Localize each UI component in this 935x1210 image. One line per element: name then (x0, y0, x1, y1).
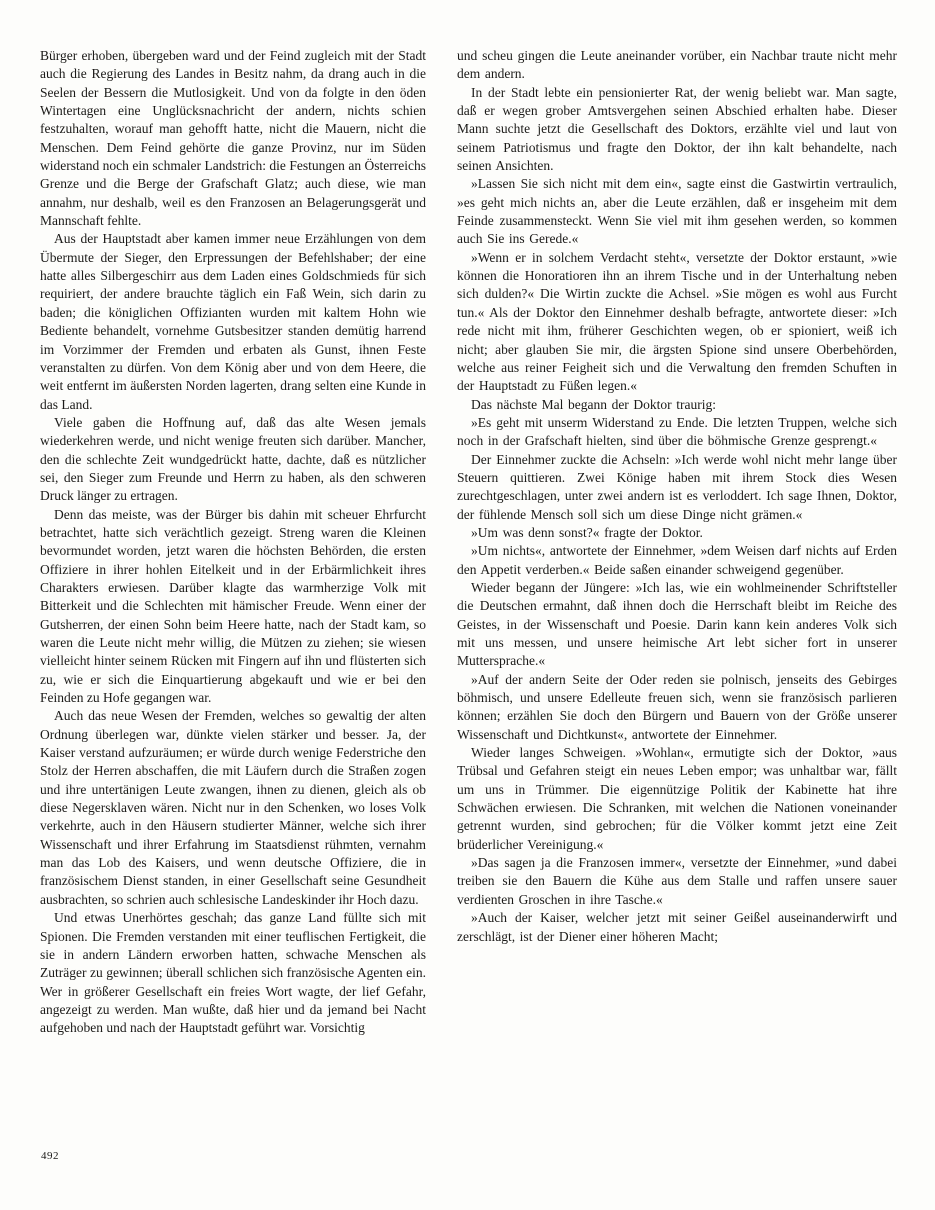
paragraph: »Lassen Sie sich nicht mit dem ein«, sag… (457, 175, 897, 248)
paragraph: Wieder begann der Jüngere: »Ich las, wie… (457, 579, 897, 671)
paragraph: Auch das neue Wesen der Fremden, welches… (40, 707, 426, 909)
left-column: Bürger erhoben, übergeben ward und der F… (40, 47, 426, 1038)
paragraph: »Auf der andern Seite der Oder reden sie… (457, 671, 897, 744)
page-number: 492 (41, 1150, 59, 1162)
paragraph: Viele gaben die Hoffnung auf, daß das al… (40, 414, 426, 506)
right-column: und scheu gingen die Leute aneinander vo… (457, 47, 897, 946)
paragraph: »Es geht mit unserm Widerstand zu Ende. … (457, 414, 897, 451)
paragraph: Bürger erhoben, übergeben ward und der F… (40, 47, 426, 230)
paragraph: »Das sagen ja die Franzosen immer«, vers… (457, 854, 897, 909)
paragraph: Aus der Hauptstadt aber kamen immer neue… (40, 230, 426, 413)
paragraph: Und etwas Unerhörtes geschah; das ganze … (40, 909, 426, 1037)
paragraph: In der Stadt lebte ein pensionierter Rat… (457, 84, 897, 176)
book-page: Bürger erhoben, übergeben ward und der F… (0, 0, 935, 1210)
paragraph: »Wenn er in solchem Verdacht steht«, ver… (457, 249, 897, 396)
paragraph: »Auch der Kaiser, welcher jetzt mit sein… (457, 909, 897, 946)
paragraph: »Um nichts«, antwortete der Einnehmer, »… (457, 542, 897, 579)
paragraph: und scheu gingen die Leute aneinander vo… (457, 47, 897, 84)
paragraph: Der Einnehmer zuckte die Achseln: »Ich w… (457, 451, 897, 524)
paragraph: »Um was denn sonst?« fragte der Doktor. (457, 524, 897, 542)
paragraph: Wieder langes Schweigen. »Wohlan«, ermut… (457, 744, 897, 854)
paragraph: Denn das meiste, was der Bürger bis dahi… (40, 506, 426, 708)
paragraph: Das nächste Mal begann der Doktor trauri… (457, 396, 897, 414)
